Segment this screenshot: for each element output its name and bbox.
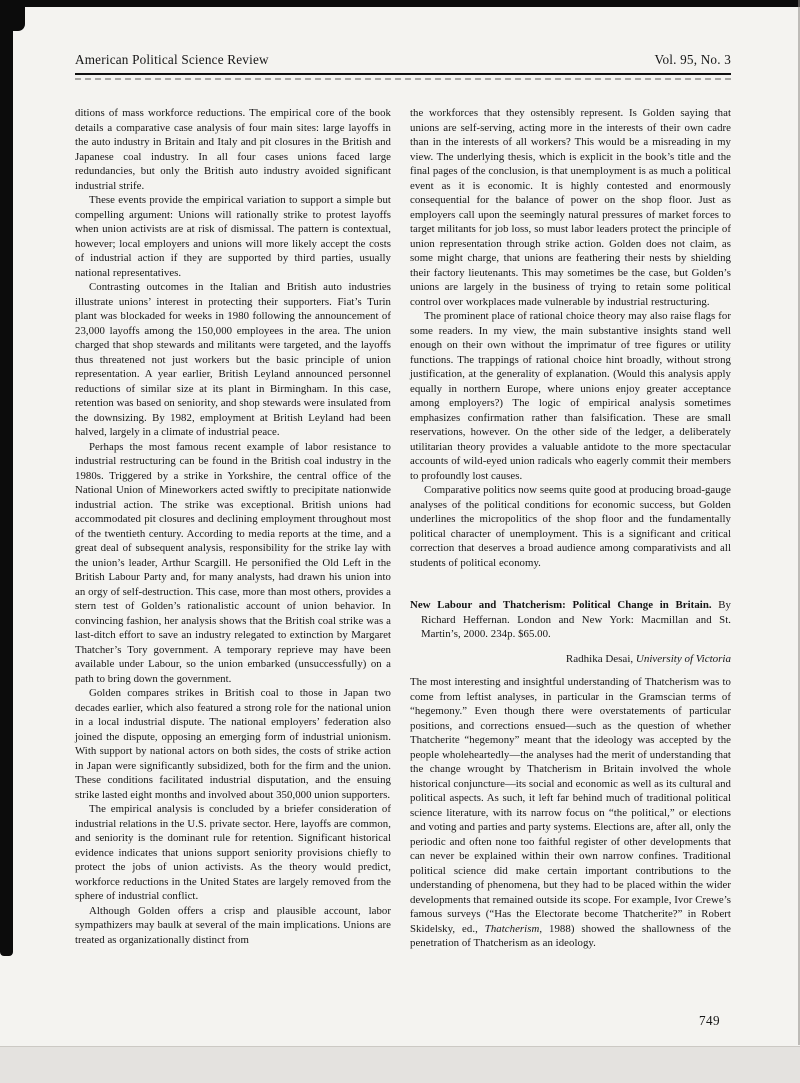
header-rule bbox=[75, 73, 731, 75]
reviewer-affiliation: University of Victoria bbox=[636, 653, 731, 665]
review-book-title-italic: Thatcherism bbox=[485, 923, 540, 935]
running-header: American Political Science Review Vol. 9… bbox=[75, 52, 731, 68]
issue-info: Vol. 95, No. 3 bbox=[654, 52, 731, 68]
journal-title: American Political Science Review bbox=[75, 52, 269, 68]
scanned-journal-page: American Political Science Review Vol. 9… bbox=[0, 0, 800, 1083]
left-column: ditions of mass workforce reductions. Th… bbox=[75, 106, 391, 951]
scan-edge-left bbox=[0, 0, 13, 956]
body-paragraph: Contrasting outcomes in the Italian and … bbox=[75, 280, 391, 440]
page-number: 749 bbox=[699, 1013, 720, 1029]
review-paragraph: The most interesting and insightful unde… bbox=[410, 675, 731, 951]
body-paragraph: Golden compares strikes in British coal … bbox=[75, 686, 391, 802]
reviewer-name: Radhika Desai, bbox=[566, 653, 633, 665]
scan-edge-top bbox=[0, 0, 800, 7]
right-column: the workforces that they ostensibly repr… bbox=[410, 106, 731, 951]
book-review-title: New Labour and Thatcherism: Political Ch… bbox=[410, 599, 712, 611]
body-paragraph: the workforces that they ostensibly repr… bbox=[410, 106, 731, 309]
body-paragraph: These events provide the empirical varia… bbox=[75, 193, 391, 280]
book-review-heading: New Labour and Thatcherism: Political Ch… bbox=[410, 598, 731, 642]
scan-corner-top-left bbox=[0, 0, 25, 31]
reviewer-line: Radhika Desai, University of Victoria bbox=[410, 652, 731, 667]
body-paragraph: Perhaps the most famous recent example o… bbox=[75, 440, 391, 687]
body-paragraph: Comparative politics now seems quite goo… bbox=[410, 483, 731, 570]
review-text-part1: The most interesting and insightful unde… bbox=[410, 676, 731, 935]
page-content: American Political Science Review Vol. 9… bbox=[75, 52, 731, 951]
header-rule-artifact bbox=[75, 78, 731, 80]
two-column-body: ditions of mass workforce reductions. Th… bbox=[75, 106, 731, 951]
body-paragraph: ditions of mass workforce reductions. Th… bbox=[75, 106, 391, 193]
body-paragraph: The empirical analysis is concluded by a… bbox=[75, 802, 391, 904]
body-paragraph: The prominent place of rational choice t… bbox=[410, 309, 731, 483]
scan-bottom-strip bbox=[0, 1046, 800, 1083]
body-paragraph: Although Golden offers a crisp and plaus… bbox=[75, 904, 391, 948]
